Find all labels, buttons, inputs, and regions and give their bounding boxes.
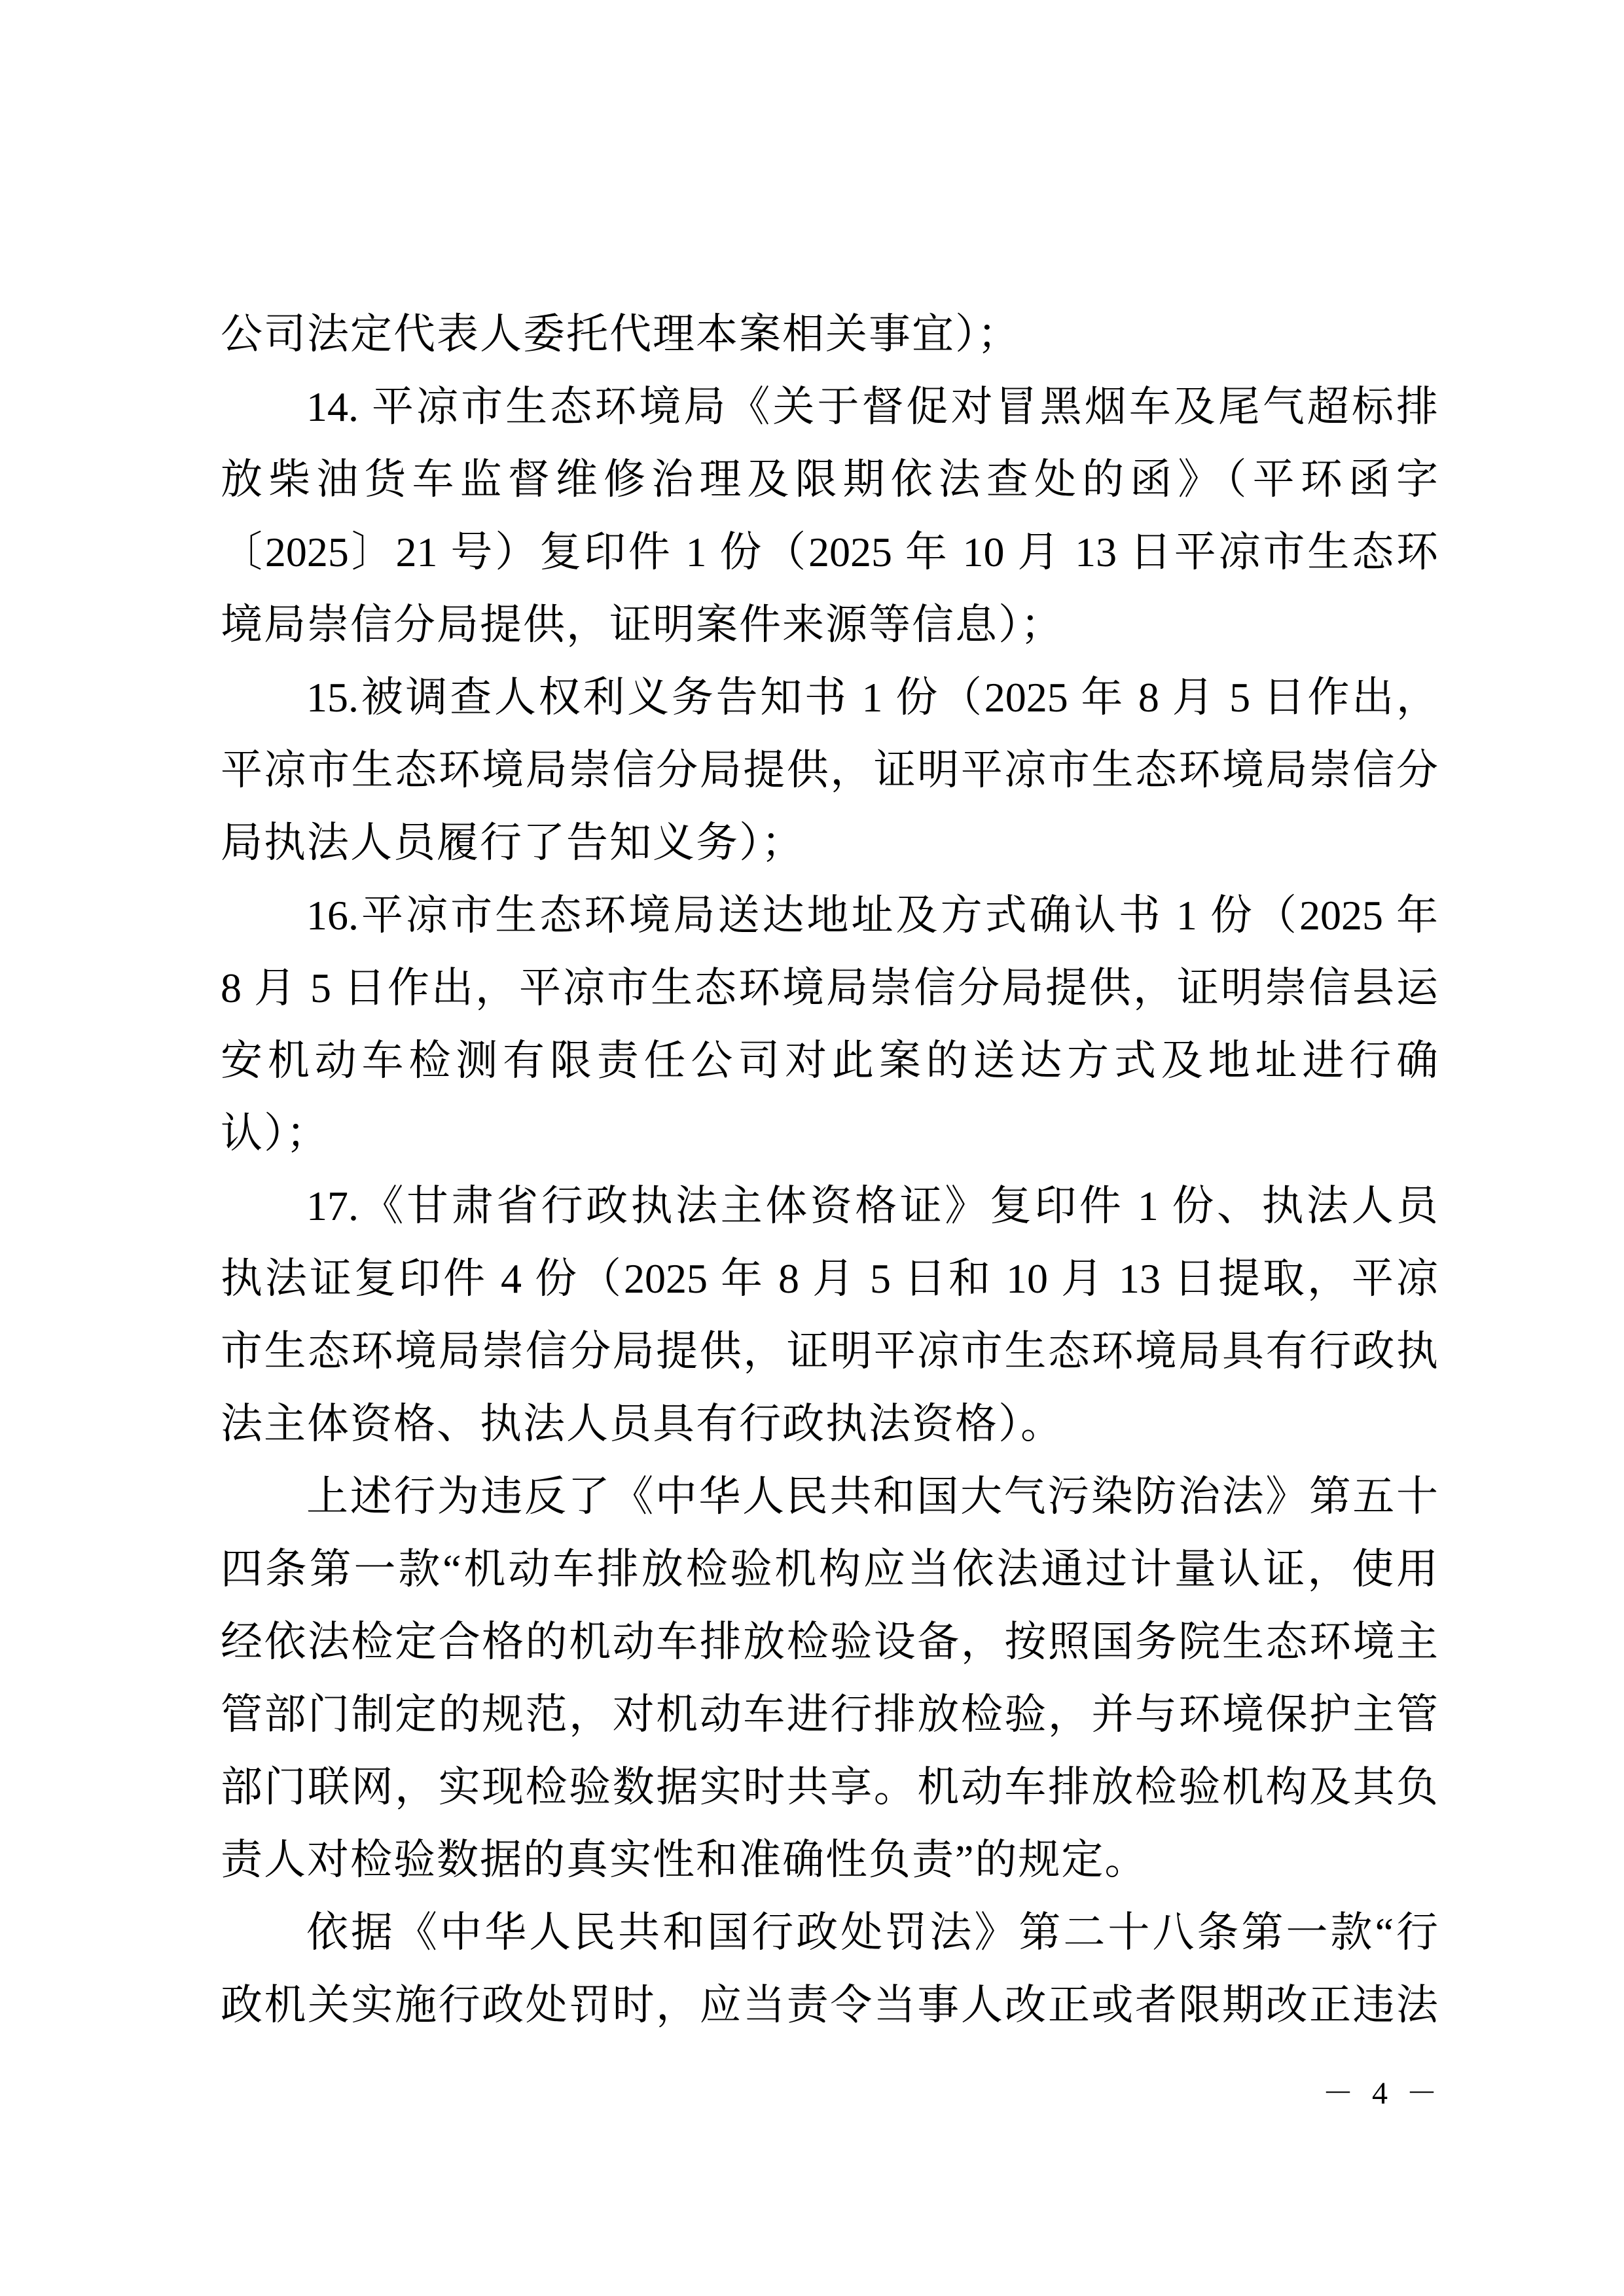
text-line: 上述行为违反了《中华人民共和国大气污染防治法》第五十 [221,1460,1438,1533]
text-line: 经依法检定合格的机动车排放检验设备，按照国务院生态环境主 [221,1605,1438,1678]
text-line: 17.《甘肃省行政执法主体资格证》复印件 1 份、执法人员 [221,1170,1438,1242]
text-line: 8 月 5 日作出，平凉市生态环境局崇信分局提供，证明崇信县运 [221,952,1438,1024]
text-line: 市生态环境局崇信分局提供，证明平凉市生态环境局具有行政执 [221,1315,1438,1388]
paragraph: 16.平凉市生态环境局送达地址及方式确认书 1 份（2025 年8 月 5 日作… [221,879,1438,1170]
text-line: 管部门制定的规范，对机动车进行排放检验，并与环境保护主管 [221,1678,1438,1751]
paragraph: 14. 平凉市生态环境局《关于督促对冒黑烟车及尾气超标排放柴油货车监督维修治理及… [221,370,1438,661]
text-line: 责人对检验数据的真实性和准确性负责”的规定。 [221,1823,1438,1896]
text-line: 平凉市生态环境局崇信分局提供，证明平凉市生态环境局崇信分 [221,734,1438,806]
page-number: － 4 － [1322,2075,1443,2113]
text-line: 16.平凉市生态环境局送达地址及方式确认书 1 份（2025 年 [221,879,1438,952]
text-line: 法主体资格、执法人员具有行政执法资格）。 [221,1388,1438,1460]
text-line: 公司法定代表人委托代理本案相关事宜）； [221,298,1438,370]
text-line: 放柴油货车监督维修治理及限期依法查处的函》（平环函字 [221,443,1438,516]
text-line: 〔2025〕21 号）复印件 1 份（2025 年 10 月 13 日平凉市生态… [221,516,1438,588]
text-line: 部门联网，实现检验数据实时共享。机动车排放检验机构及其负 [221,1751,1438,1823]
paragraph: 上述行为违反了《中华人民共和国大气污染防治法》第五十四条第一款“机动车排放检验机… [221,1460,1438,1896]
text-line: 执法证复印件 4 份（2025 年 8 月 5 日和 10 月 13 日提取，平… [221,1242,1438,1315]
paragraph: 公司法定代表人委托代理本案相关事宜）； [221,298,1438,370]
paragraph: 17.《甘肃省行政执法主体资格证》复印件 1 份、执法人员执法证复印件 4 份（… [221,1170,1438,1460]
text-line: 依据《中华人民共和国行政处罚法》第二十八条第一款“行 [221,1896,1438,1969]
text-line: 14. 平凉市生态环境局《关于督促对冒黑烟车及尾气超标排 [221,370,1438,443]
paragraph: 依据《中华人民共和国行政处罚法》第二十八条第一款“行政机关实施行政处罚时，应当责… [221,1896,1438,2041]
text-line: 安机动车检测有限责任公司对此案的送达方式及地址进行确 [221,1024,1438,1097]
text-line: 境局崇信分局提供，证明案件来源等信息）； [221,588,1438,661]
document-page: 公司法定代表人委托代理本案相关事宜）；14. 平凉市生态环境局《关于督促对冒黑烟… [0,0,1624,2296]
text-line: 认）； [221,1097,1438,1170]
text-line: 政机关实施行政处罚时，应当责令当事人改正或者限期改正违法 [221,1969,1438,2041]
document-body: 公司法定代表人委托代理本案相关事宜）；14. 平凉市生态环境局《关于督促对冒黑烟… [221,298,1438,2041]
text-line: 四条第一款“机动车排放检验机构应当依法通过计量认证，使用 [221,1533,1438,1605]
text-line: 局执法人员履行了告知义务）； [221,806,1438,879]
text-line: 15.被调查人权利义务告知书 1 份（2025 年 8 月 5 日作出， [221,661,1438,734]
paragraph: 15.被调查人权利义务告知书 1 份（2025 年 8 月 5 日作出，平凉市生… [221,661,1438,879]
